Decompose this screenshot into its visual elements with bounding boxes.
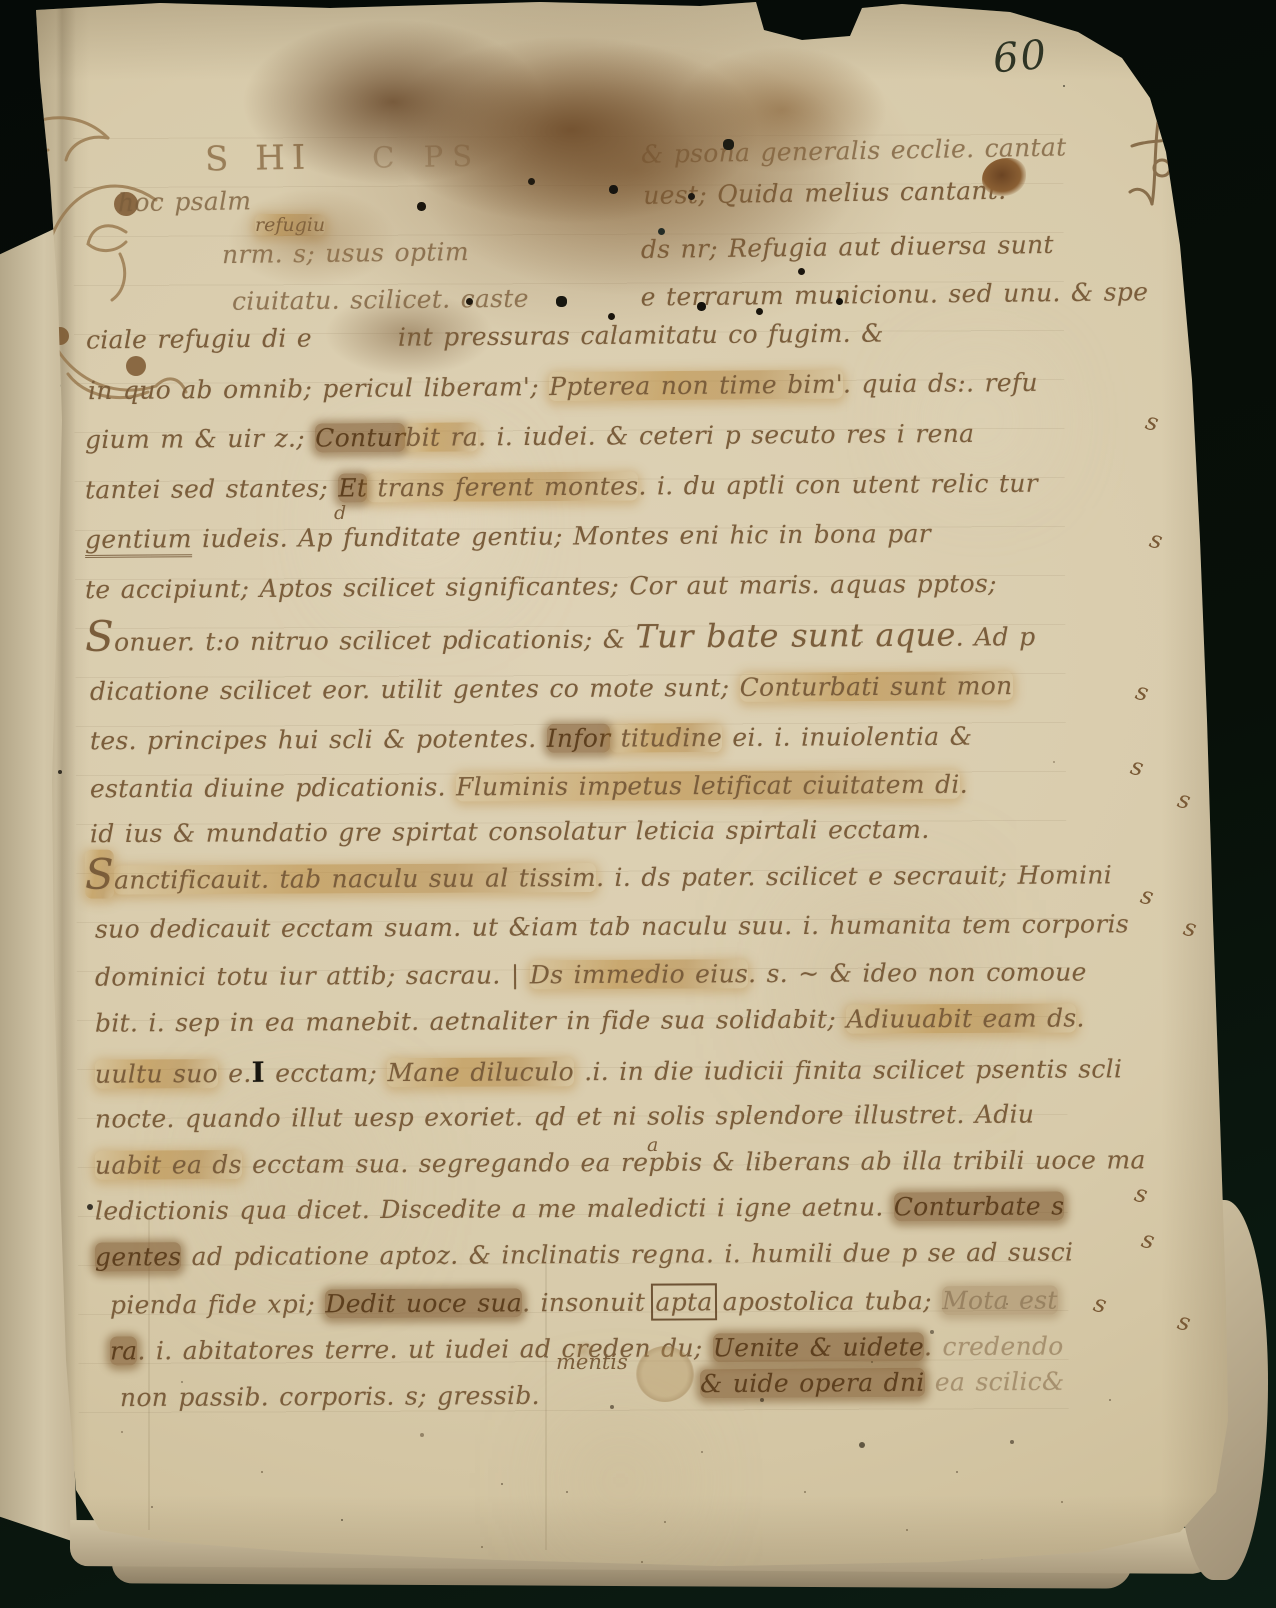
text-line-22: uabit ea ds ecctam sua. segregando ea re…	[95, 1145, 1146, 1180]
smeared-lemma: Contur	[315, 423, 405, 453]
line-text: e terrarum municionu. sed unu. & spe	[641, 277, 1149, 311]
line-text: .	[924, 1332, 943, 1361]
line-text: ledictionis qua dicet. Discedite a me ma…	[95, 1192, 894, 1225]
line-text: gium m & uir z.;	[85, 423, 315, 454]
stain-gap	[312, 345, 398, 347]
smeared-lemma: Dedit uoce sua	[325, 1288, 522, 1318]
margin-s-mark: s	[1143, 407, 1162, 437]
highlighted-lemma: Ds immedio eius	[530, 959, 748, 989]
text-line-20: uultu suo e.I ecctam; Mane diluculo .i. …	[95, 1051, 1122, 1089]
text-line-25: pienda fide xpi; Dedit uoce sua. insonui…	[110, 1286, 1058, 1320]
text-line-9: gentium iudeis. Ap funditate gentiu; Mon…	[85, 519, 931, 554]
margin-s-mark: s	[1175, 1307, 1194, 1337]
highlighted-lemma: Conturbati sunt mon	[740, 671, 1013, 702]
faded-text: ea scilic&	[924, 1367, 1064, 1397]
line-text: hoc psalm	[118, 186, 252, 217]
line-text: C PS	[372, 139, 481, 175]
line-text: non passib. corporis. s; gressib.	[120, 1381, 540, 1412]
text-line-17: suo dedicauit ecctam suam. ut &iam tab n…	[95, 909, 1129, 943]
text-line-18: dominici totu iur attib; sacrau. | Ds im…	[95, 957, 1087, 991]
line-text: estantia diuine pdicationis.	[90, 772, 456, 803]
line-text: ei. i. inuiolentia &	[722, 722, 972, 752]
text-line-6: in quo ab omnib; pericul liberam'; Ppter…	[88, 368, 1038, 405]
line-text: ad pdicatione aptoz. & inclinatis regna.…	[181, 1237, 1073, 1271]
line-text: . i. iudei. & ceteri p secuto res i rena	[478, 419, 974, 451]
line-text: . i. ds pater. scilicet e secrauit; Homi…	[596, 860, 1112, 892]
stain-gap	[481, 162, 641, 166]
stain-gap	[529, 305, 641, 307]
line-text: & psona generalis ecclie. cantat	[641, 132, 1067, 168]
line-text: pienda fide xpi;	[110, 1289, 325, 1319]
line-text: int pressuras calamitatu co fugim. &	[398, 319, 884, 352]
text-line-21: nocte. quando illut uesp exoriet. qd et …	[95, 1100, 1034, 1134]
highlighted-lemma: uabit ea ds	[95, 1150, 242, 1180]
folio-number: 60	[991, 32, 1050, 83]
lemma-text: Tur bate sunt aque	[635, 616, 955, 656]
line-text: . i. du aptli con utent relic tur	[638, 469, 1038, 501]
margin-s-mark: s	[1132, 1179, 1151, 1209]
line-text: apostolica tuba;	[712, 1286, 942, 1316]
insertion-mark: I	[251, 1056, 265, 1089]
smeared-lemma: Mota est	[942, 1286, 1058, 1316]
line-text: nrm. s; usus optim	[222, 237, 469, 269]
line-text: . insonuit	[522, 1288, 656, 1318]
margin-s-mark: s	[1147, 525, 1166, 555]
text-line-27: non passib. corporis. s; gressib.	[120, 1381, 540, 1412]
highlighted-lemma: uultu suo	[95, 1059, 218, 1089]
manuscript-page: S HIC PS& psona generalis ecclie. cantat…	[0, 0, 1276, 1608]
margin-s-mark: s	[1133, 677, 1152, 707]
margin-s-mark: s	[1128, 752, 1147, 782]
line-text: S HI	[205, 138, 313, 180]
line-text: dominici totu iur attib; sacrau. |	[95, 960, 530, 991]
text-line-14: estantia diuine pdicationis. Fluminis im…	[90, 770, 968, 804]
margin-s-mark: s	[1091, 1289, 1110, 1319]
text-line-7: gium m & uir z.; Conturbit ra. i. iudei.…	[85, 419, 974, 454]
smeared-lemma: Conturbate s	[894, 1191, 1065, 1221]
highlighted-lemma: Ppterea non time bim'	[549, 370, 843, 402]
text-line-15: id ius & mundatio gre spirtat consolatur…	[90, 815, 930, 848]
speckle-spots	[0, 0, 4, 4]
highlighted-lemma: Mane diluculo	[387, 1057, 574, 1087]
stain-dark-spots	[0, 0, 3, 3]
line-text: in quo ab omnib; pericul liberam';	[88, 372, 549, 405]
highlighted-lemma: bit ra	[405, 422, 478, 452]
line-text: ciuitatu. scilicet. caste	[232, 284, 529, 316]
enlarged-initial-letter: S	[85, 850, 114, 899]
smeared-lemma: Uenite & uidete	[713, 1332, 924, 1362]
highlighted-lemma: titudine	[610, 723, 722, 753]
interlinear-gloss-refugium: refugiu	[255, 214, 325, 236]
stain-gap	[469, 257, 641, 260]
enlarged-initial-letter: S	[85, 612, 114, 661]
smeared-lemma: gentes	[95, 1242, 182, 1271]
line-text: uest; Quida melius cantant.	[643, 176, 1006, 210]
text-line-1-rubric: S HIC PS& psona generalis ecclie. cantat	[205, 124, 1067, 179]
line-text: iudeis. Ap funditate gentiu; Montes eni …	[192, 519, 931, 553]
text-line-10: te accipiunt; Aptos scilicet significant…	[85, 569, 997, 604]
text-line-8: tantei sed stantes; Et trans ferent mont…	[85, 469, 1038, 505]
line-text: onuer. t:o nitruo scilicet pdicationis; …	[114, 625, 636, 657]
margin-s-mark: s	[1139, 1225, 1158, 1255]
highlighted-lemma: anctificauit. tab naculu suu al tissim	[114, 863, 596, 895]
interlinear-gloss-mentis: mentis	[556, 1350, 628, 1374]
smeared-lemma: & uide opera dni	[700, 1368, 925, 1399]
margin-s-mark: s	[1138, 881, 1157, 911]
stain-gap	[251, 203, 643, 209]
line-text: . s. ~ & ideo non comoue	[748, 957, 1087, 988]
line-text: ecctam sua. segregando ea repbis & liber…	[242, 1145, 1146, 1179]
line-text: ds nr; Refugia aut diuersa sunt	[641, 230, 1054, 264]
stain-gap	[312, 167, 372, 169]
line-text: .i. in die iudicii finita scilicet psent…	[574, 1054, 1122, 1086]
highlighted-lemma: Fluminis impetus letificat ciuitatem di	[456, 770, 960, 802]
smeared-word: ra	[110, 1336, 138, 1365]
text-line-11: Sonuer. t:o nitruo scilicet pdicationis;…	[85, 615, 1036, 659]
interlinear-letter-a: a	[647, 1134, 658, 1156]
line-text: dicatione scilicet eor. utilit gentes co…	[90, 673, 740, 706]
smeared-lemma: Infor	[547, 724, 611, 753]
line-text: bit. i. sep in ea manebit. aetnaliter in…	[95, 1005, 846, 1038]
line-text: .	[1076, 1003, 1084, 1032]
text-line-27b: & uide opera dni ea scilic&	[700, 1367, 1065, 1399]
line-text: te accipiunt; Aptos scilicet significant…	[85, 569, 997, 604]
text-line-5: ciale refugiu di eint pressuras calamita…	[86, 319, 884, 355]
line-text: tes. principes hui scli & potentes.	[90, 724, 547, 755]
margin-s-mark: s	[1181, 913, 1200, 943]
line-text: e.	[218, 1059, 252, 1088]
line-text: .	[960, 770, 968, 799]
line-text: id ius & mundatio gre spirtat consolatur…	[90, 815, 930, 848]
text-line-12: dicatione scilicet eor. utilit gentes co…	[90, 671, 1013, 706]
text-line-24: gentes ad pdicatione aptoz. & inclinatis…	[95, 1237, 1073, 1271]
line-text: nocte. quando illut uesp exoriet. qd et …	[95, 1100, 1034, 1134]
boxed-correction: apta	[655, 1287, 712, 1316]
line-text: ciale refugiu di e	[86, 324, 312, 355]
line-text: suo dedicauit ecctam suam. ut &iam tab n…	[95, 909, 1129, 943]
parchment-mottling	[0, 0, 1, 1]
text-line-23: ledictionis qua dicet. Discedite a me ma…	[95, 1191, 1064, 1225]
faded-word: credendo	[942, 1332, 1063, 1362]
text-line-19: bit. i. sep in ea manebit. aetnaliter in…	[95, 1003, 1085, 1037]
text-line-3: nrm. s; usus optimds nr; Refugia aut diu…	[222, 230, 1054, 269]
line-text: ecctam;	[265, 1058, 388, 1088]
highlighted-lemma: trans ferent montes	[367, 471, 638, 502]
text-line-2: hoc psalmuest; Quida melius cantant.	[118, 176, 1007, 217]
line-text: . Ad p	[956, 622, 1036, 651]
text-line-13: tes. principes hui scli & potentes. Info…	[90, 722, 972, 756]
line-text: . quia ds:. refu	[843, 368, 1038, 399]
text-line-4: ciuitatu. scilicet. castee terrarum muni…	[232, 277, 1149, 316]
margin-s-mark: s	[1175, 785, 1194, 815]
underlined-word: gentium	[85, 524, 192, 558]
line-text: tantei sed stantes;	[85, 474, 339, 505]
text-line-16: Sanctificauit. tab naculu suu al tissim.…	[85, 859, 1112, 894]
highlighted-lemma: Adiuuabit eam ds	[846, 1003, 1076, 1033]
margin-pen-mark	[1118, 112, 1188, 212]
interlinear-letter-d: d	[334, 502, 346, 524]
smeared-lemma: Et	[338, 473, 367, 502]
manuscript-photograph: S HIC PS& psona generalis ecclie. cantat…	[0, 0, 1276, 1608]
